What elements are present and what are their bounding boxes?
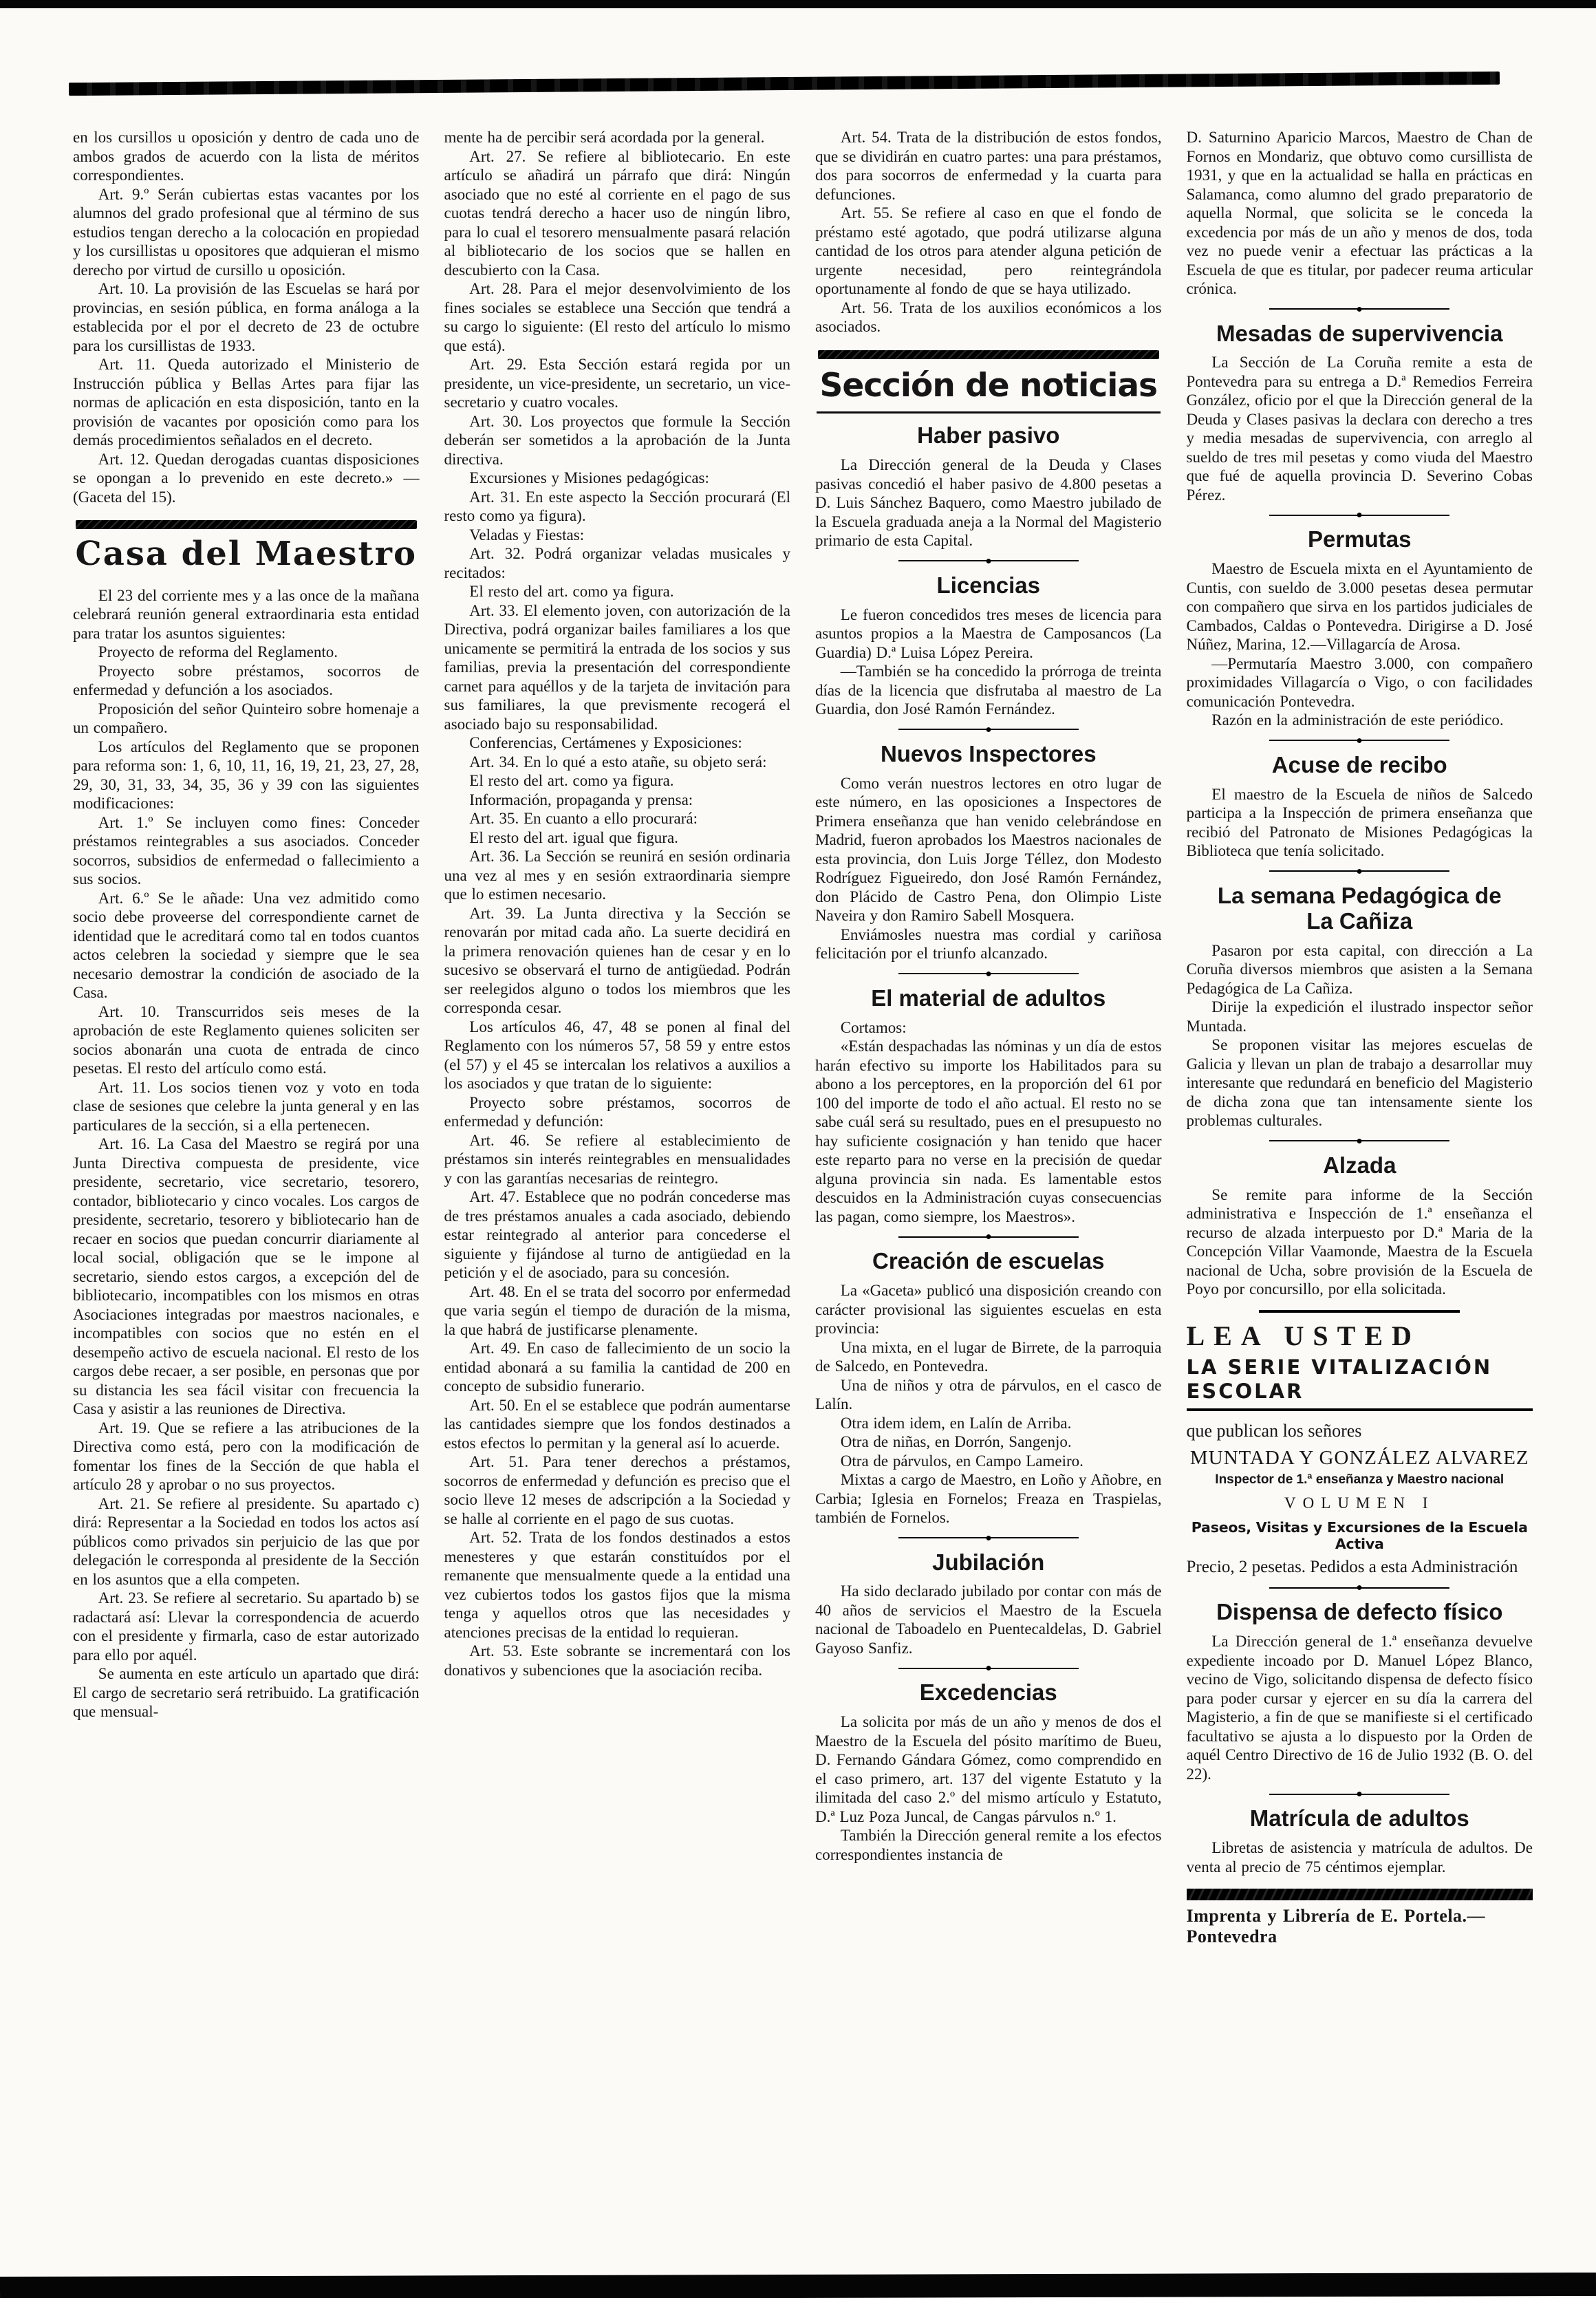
imprint: Imprenta y Librería de E. Portela.—Ponte… bbox=[1187, 1906, 1533, 1947]
paragraph: Proyecto sobre préstamos, socorros de en… bbox=[444, 1093, 791, 1131]
column-1: en los cursillos u oposición y dentro de… bbox=[73, 128, 420, 2272]
paragraph: Art. 52. Trata de los fondos destinados … bbox=[444, 1528, 791, 1642]
paragraph: Otra idem idem, en Lalín de Arriba. bbox=[815, 1414, 1162, 1433]
thick-rule bbox=[76, 520, 417, 529]
ornament-divider bbox=[898, 1666, 1079, 1671]
ad-authors: MUNTADA Y GONZÁLEZ ALVAREZ bbox=[1187, 1447, 1533, 1470]
scan-edge-bottom bbox=[0, 2273, 1596, 2298]
paragraph: Art. 28. Para el mejor desenvolvimiento … bbox=[444, 279, 791, 355]
paragraph: Mixtas a cargo de Maestro, en Loño y Año… bbox=[815, 1470, 1162, 1527]
paragraph: Art. 31. En este aspecto la Sección proc… bbox=[444, 488, 791, 526]
paragraph: Maestro de Escuela mixta en el Ayuntamie… bbox=[1187, 559, 1533, 654]
ornament-divider bbox=[898, 1536, 1079, 1540]
paragraph: Proposición del señor Quinteiro sobre ho… bbox=[73, 700, 420, 738]
section-heading: Creación de escuelas bbox=[815, 1249, 1162, 1274]
paragraph: Art. 10. Transcurridos seis meses de la … bbox=[73, 1002, 420, 1078]
paragraph: La solicita por más de un año y menos de… bbox=[815, 1712, 1162, 1826]
paragraph: Razón en la administración de este perió… bbox=[1187, 711, 1533, 730]
paragraph: El 23 del corriente mes y a las once de … bbox=[73, 586, 420, 643]
paragraph: Pasaron por esta capital, con dirección … bbox=[1187, 941, 1533, 998]
paragraph: Art. 11. Queda autorizado el Ministerio … bbox=[73, 355, 420, 450]
paragraph: Art. 55. Se refiere al caso en que el fo… bbox=[815, 204, 1162, 299]
ornament-divider bbox=[898, 559, 1079, 563]
ornament-divider bbox=[1269, 1792, 1449, 1796]
paragraph: Libretas de asistencia y matrícula de ad… bbox=[1187, 1838, 1533, 1876]
section-heading: Excedencias bbox=[815, 1680, 1162, 1706]
ornament-divider bbox=[1269, 513, 1449, 517]
paragraph: Información, propaganda y prensa: bbox=[444, 791, 791, 810]
paragraph: Art. 30. Los proyectos que formule la Se… bbox=[444, 412, 791, 469]
ornament-divider bbox=[1269, 1585, 1449, 1590]
paragraph: —También se ha concedido la prórroga de … bbox=[815, 662, 1162, 719]
paragraph: Art. 36. La Sección se reunirá en sesión… bbox=[444, 847, 791, 904]
paragraph: Se proponen visitar las mejores escuelas… bbox=[1187, 1035, 1533, 1130]
paragraph: Una mixta, en el lugar de Birrete, de la… bbox=[815, 1338, 1162, 1376]
paragraph: La «Gaceta» publicó una disposición crea… bbox=[815, 1281, 1162, 1338]
paragraph: El resto del art. igual que figura. bbox=[444, 828, 791, 848]
ad-byline-intro: que publican los señores bbox=[1187, 1421, 1533, 1441]
paragraph: Como verán nuestros lectores en otro lug… bbox=[815, 774, 1162, 925]
short-rule bbox=[1259, 1310, 1460, 1313]
ornament-divider bbox=[898, 1234, 1079, 1239]
paragraph: Proyecto sobre préstamos, socorros de en… bbox=[73, 662, 420, 700]
paragraph: —Permutaría Maestro 3.000, con compañero… bbox=[1187, 654, 1533, 711]
paragraph: Art. 16. La Casa del Maestro se regirá p… bbox=[73, 1135, 420, 1419]
paragraph: Art. 35. En cuanto a ello procurará: bbox=[444, 809, 791, 828]
section-heading: Haber pasivo bbox=[815, 423, 1162, 449]
paragraph: La Dirección general de 1.ª enseñanza de… bbox=[1187, 1632, 1533, 1783]
section-heading: Jubilación bbox=[815, 1550, 1162, 1576]
paragraph: Otra de niñas, en Dorrón, Sangenjo. bbox=[815, 1432, 1162, 1452]
newspaper-page: en los cursillos u oposición y dentro de… bbox=[0, 0, 1596, 2298]
paragraph: Art. 12. Quedan derogadas cuantas dispos… bbox=[73, 450, 420, 507]
column-4: D. Saturnino Aparicio Marcos, Maestro de… bbox=[1187, 128, 1533, 2272]
imprint-rule bbox=[1187, 1889, 1533, 1900]
paragraph: Art. 53. Este sobrante se incrementará c… bbox=[444, 1642, 791, 1679]
paragraph: Art. 29. Esta Sección estará regida por … bbox=[444, 355, 791, 412]
paragraph: Dirije la expedición el ilustrado inspec… bbox=[1187, 998, 1533, 1035]
paragraph: Excursiones y Misiones pedagógicas: bbox=[444, 469, 791, 488]
paragraph: Art. 49. En caso de fallecimiento de un … bbox=[444, 1339, 791, 1396]
section-heading: El material de adultos bbox=[815, 986, 1162, 1011]
ornament-divider bbox=[1269, 738, 1449, 743]
paragraph: La Dirección general de la Deuda y Clase… bbox=[815, 455, 1162, 550]
paragraph: Art. 11. Los socios tienen voz y voto en… bbox=[73, 1078, 420, 1135]
news-section-title: Sección de noticias bbox=[815, 366, 1162, 407]
paragraph: Art. 39. La Junta directiva y la Sección… bbox=[444, 904, 791, 1018]
paragraph: Art. 32. Podrá organizar veladas musical… bbox=[444, 544, 791, 582]
paragraph: Art. 56. Trata de los auxilios económico… bbox=[815, 299, 1162, 336]
section-heading: Dispensa de defecto físico bbox=[1187, 1600, 1533, 1625]
paragraph: Enviámosles nuestra mas cordial y cariño… bbox=[815, 925, 1162, 963]
ad-volume: VOLUMEN I bbox=[1187, 1494, 1533, 1512]
ad-lead-line: LEA USTED bbox=[1187, 1321, 1533, 1351]
paragraph: Art. 9.º Serán cubiertas estas vacantes … bbox=[73, 185, 420, 280]
paragraph: Art. 23. Se refiere al secretario. Su ap… bbox=[73, 1589, 420, 1664]
paragraph: Art. 47. Establece que no podrán concede… bbox=[444, 1188, 791, 1282]
section-heading: Licencias bbox=[815, 573, 1162, 599]
columns-container: en los cursillos u oposición y dentro de… bbox=[73, 128, 1533, 2272]
paragraph: Art. 54. Trata de la distribución de est… bbox=[815, 128, 1162, 204]
paragraph: Se remite para informe de la Sección adm… bbox=[1187, 1185, 1533, 1299]
column-2: mente ha de percibir será acordada por l… bbox=[444, 128, 791, 2272]
paragraph: Art. 33. El elemento joven, con autoriza… bbox=[444, 601, 791, 734]
ornament-divider bbox=[898, 971, 1079, 976]
section-heading: Permutas bbox=[1187, 527, 1533, 552]
article-title: Casa del Maestro bbox=[73, 536, 420, 572]
ornament-divider bbox=[1269, 307, 1449, 312]
paragraph: Una de niños y otra de párvulos, en el c… bbox=[815, 1376, 1162, 1414]
ad-series-title: LA SERIE VITALIZACIÓN ESCOLAR bbox=[1187, 1355, 1533, 1412]
section-heading: La semana Pedagógica de La Cañiza bbox=[1187, 883, 1533, 934]
paragraph: Se aumenta en este artículo un apartado … bbox=[73, 1664, 420, 1721]
masthead-rule bbox=[69, 72, 1500, 96]
paragraph: Art. 1.º Se incluyen como fines: Concede… bbox=[73, 813, 420, 889]
paragraph: Los artículos 46, 47, 48 se ponen al fin… bbox=[444, 1018, 791, 1093]
paragraph: Art. 6.º Se le añade: Una vez admitido c… bbox=[73, 889, 420, 1002]
paragraph: El resto del art. como ya figura. bbox=[444, 582, 791, 601]
paragraph: Otra de párvulos, en Campo Lameiro. bbox=[815, 1452, 1162, 1471]
paragraph: Le fueron concedidos tres meses de licen… bbox=[815, 605, 1162, 663]
paragraph: Art. 10. La provisión de las Escuelas se… bbox=[73, 279, 420, 355]
ornament-divider bbox=[898, 727, 1079, 732]
paragraph: Art. 50. En el se establece que podrán a… bbox=[444, 1396, 791, 1453]
paragraph: El maestro de la Escuela de niños de Sal… bbox=[1187, 785, 1533, 861]
paragraph: También la Dirección general remite a lo… bbox=[815, 1826, 1162, 1864]
ad-price-line: Precio, 2 pesetas. Pedidos a esta Admini… bbox=[1187, 1558, 1533, 1577]
paragraph: Art. 19. Que se refiere a las atribucion… bbox=[73, 1419, 420, 1494]
paragraph: Conferencias, Certámenes y Exposiciones: bbox=[444, 733, 791, 753]
paragraph: mente ha de percibir será acordada por l… bbox=[444, 128, 791, 147]
thin-rule bbox=[817, 411, 1161, 414]
paragraph: «Están despachadas las nóminas y un día … bbox=[815, 1037, 1162, 1226]
paragraph: Ha sido declarado jubilado por contar co… bbox=[815, 1582, 1162, 1657]
ornament-divider bbox=[1269, 869, 1449, 874]
paragraph: Proyecto de reforma del Reglamento. bbox=[73, 643, 420, 662]
ad-author-role: Inspector de 1.ª enseñanza y Maestro nac… bbox=[1187, 1472, 1533, 1488]
paragraph: Los artículos del Reglamento que se prop… bbox=[73, 738, 420, 813]
ad-book-title: Paseos, Visitas y Excursiones de la Escu… bbox=[1187, 1519, 1533, 1552]
paragraph: Art. 27. Se refiere al bibliotecario. En… bbox=[444, 147, 791, 280]
paragraph: Art. 46. Se refiere al establecimiento d… bbox=[444, 1131, 791, 1188]
paragraph: El resto del art. como ya figura. bbox=[444, 771, 791, 791]
paragraph: Art. 51. Para tener derechos a préstamos… bbox=[444, 1452, 791, 1528]
thick-rule bbox=[818, 350, 1159, 359]
section-heading: Matrícula de adultos bbox=[1187, 1806, 1533, 1832]
section-heading: Acuse de recibo bbox=[1187, 753, 1533, 778]
paragraph: en los cursillos u oposición y dentro de… bbox=[73, 128, 420, 185]
ornament-divider bbox=[1269, 1139, 1449, 1143]
section-heading: Alzada bbox=[1187, 1153, 1533, 1179]
paragraph: Art. 21. Se refiere al presidente. Su ap… bbox=[73, 1494, 420, 1589]
column-3: Art. 54. Trata de la distribución de est… bbox=[815, 128, 1162, 2272]
scan-edge-top bbox=[0, 0, 1596, 8]
paragraph: D. Saturnino Aparicio Marcos, Maestro de… bbox=[1187, 128, 1533, 299]
section-heading: Nuevos Inspectores bbox=[815, 742, 1162, 767]
paragraph: Cortamos: bbox=[815, 1018, 1162, 1038]
paragraph: Art. 48. En el se trata del socorro por … bbox=[444, 1282, 791, 1340]
paragraph: Art. 34. En lo qué a esto atañe, su obje… bbox=[444, 753, 791, 772]
paragraph: La Sección de La Coruña remite a esta de… bbox=[1187, 353, 1533, 504]
section-heading: Mesadas de supervivencia bbox=[1187, 321, 1533, 347]
paragraph: Veladas y Fiestas: bbox=[444, 526, 791, 545]
